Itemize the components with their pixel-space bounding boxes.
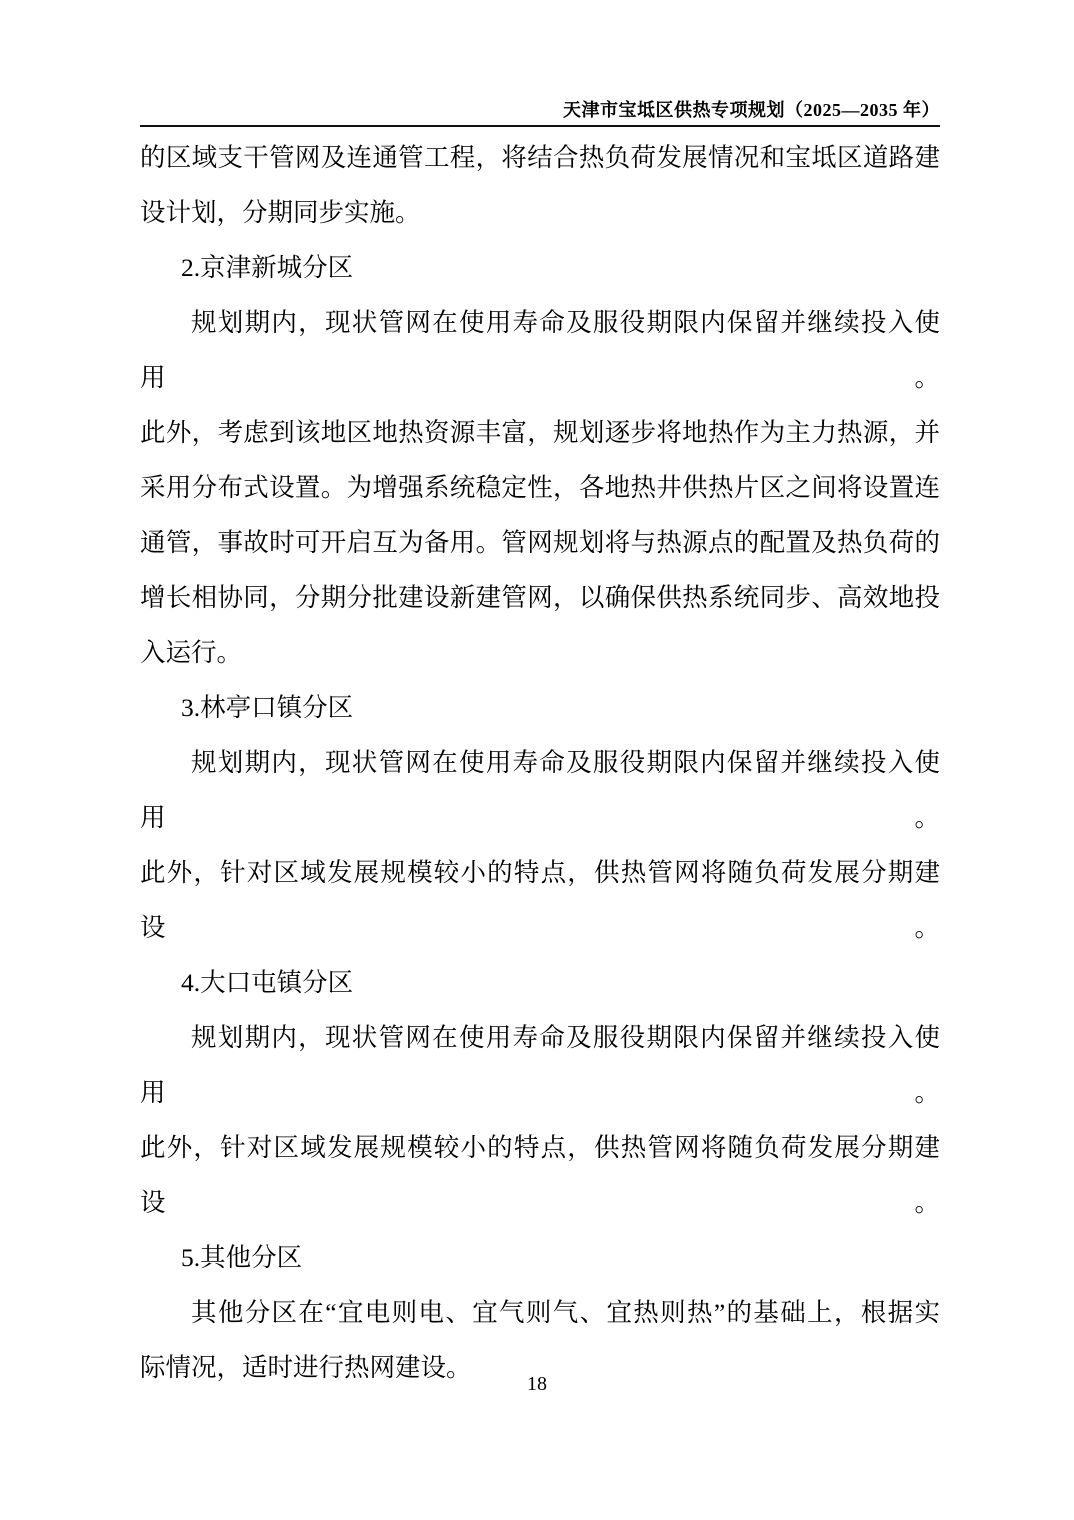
text-line: 通管，事故时可开启互为备用。管网规划将与热源点的配置及热负荷的: [140, 515, 940, 570]
text-line: 此外，考虑到该地区地热资源丰富，规划逐步将地热作为主力热源，并: [140, 405, 940, 460]
text-line: 规划期内，现状管网在使用寿命及服役期限内保留并继续投入使用。: [140, 1010, 940, 1120]
text-line: 的区域支干管网及连通管工程，将结合热负荷发展情况和宝坻区道路建: [140, 130, 940, 185]
text-line: 设计划，分期同步实施。: [140, 185, 940, 240]
page-header: 天津市宝坻区供热专项规划（2025—2035 年）: [140, 100, 940, 127]
text-line: 此外，针对区域发展规模较小的特点，供热管网将随负荷发展分期建设。: [140, 845, 940, 955]
text-line: 规划期内，现状管网在使用寿命及服役期限内保留并继续投入使用。: [140, 295, 940, 405]
section-heading: 3.林亭口镇分区: [140, 680, 940, 735]
page-header-title: 天津市宝坻区供热专项规划（2025—2035 年）: [140, 100, 940, 120]
header-rule: [140, 125, 940, 127]
section-heading: 4.大口屯镇分区: [140, 955, 940, 1010]
text-line: 规划期内，现状管网在使用寿命及服役期限内保留并继续投入使用。: [140, 735, 940, 845]
document-body: 的区域支干管网及连通管工程，将结合热负荷发展情况和宝坻区道路建设计划，分期同步实…: [140, 130, 940, 1395]
text-line: 其他分区在“宜电则电、宜气则气、宜热则热”的基础上，根据实: [140, 1285, 940, 1340]
section-heading: 2.京津新城分区: [140, 240, 940, 295]
text-line: 采用分布式设置。为增强系统稳定性，各地热井供热片区之间将设置连: [140, 460, 940, 515]
text-line: 入运行。: [140, 625, 940, 680]
page-number: 18: [527, 1373, 547, 1395]
section-heading: 5.其他分区: [140, 1230, 940, 1285]
text-line: 此外，针对区域发展规模较小的特点，供热管网将随负荷发展分期建设。: [140, 1120, 940, 1230]
document-page: 天津市宝坻区供热专项规划（2025—2035 年） 的区域支干管网及连通管工程，…: [0, 0, 1074, 1520]
page-footer: 18: [0, 1372, 1074, 1396]
text-line: 增长相协同，分期分批建设新建管网，以确保供热系统同步、高效地投: [140, 570, 940, 625]
